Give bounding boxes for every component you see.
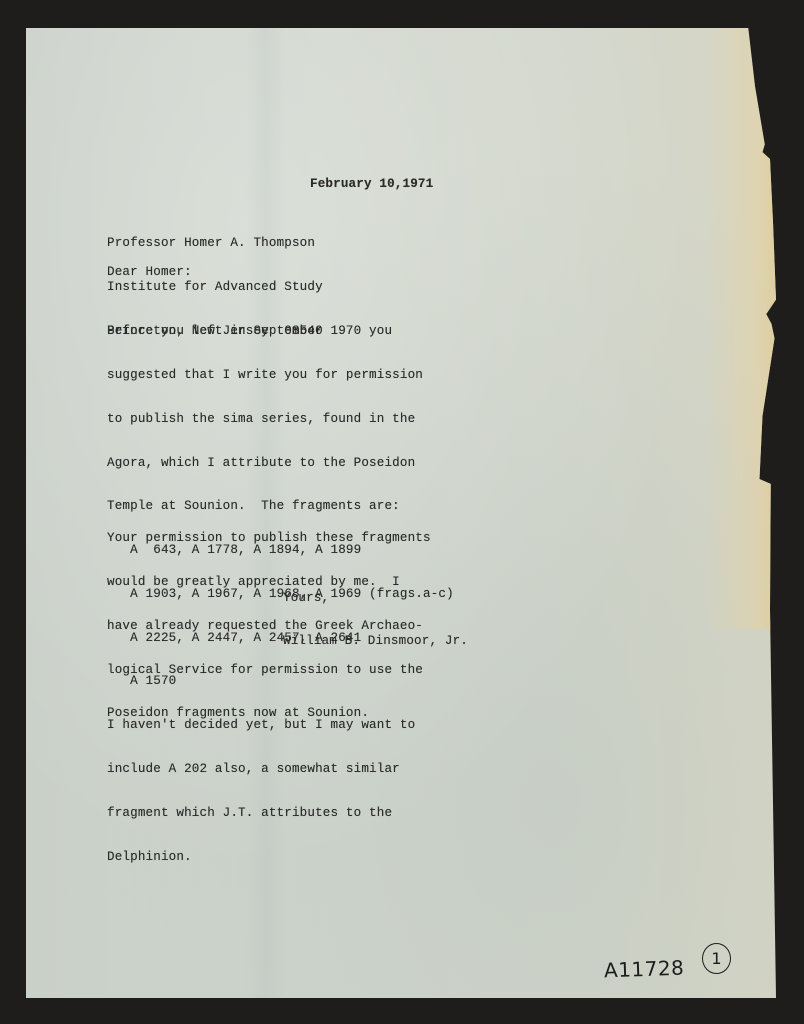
body-line: Delphinion. <box>107 850 454 865</box>
body-line: to publish the sima series, found in the <box>107 412 454 427</box>
scanned-document: February 10,1971 Professor Homer A. Thom… <box>0 0 804 1024</box>
salutation: Dear Homer: <box>107 265 192 280</box>
body-line: logical Service for permission to use th… <box>107 663 431 678</box>
body-line: Agora, which I attribute to the Poseidon <box>107 456 454 471</box>
handwritten-reference-number: A11728 <box>604 956 685 983</box>
letter-date: February 10,1971 <box>310 177 433 192</box>
address-line-name: Professor Homer A. Thompson <box>107 236 323 251</box>
address-line-institution: Institute for Advanced Study <box>107 280 323 295</box>
body-line: fragment which J.T. attributes to the <box>107 806 454 821</box>
body-line: include A 202 also, a somewhat similar <box>107 762 454 777</box>
body-line: Poseidon fragments now at Sounion. <box>107 706 431 721</box>
circled-page-number: 1 <box>702 943 731 974</box>
body-line: Before you left in September 1970 you <box>107 324 454 339</box>
page-number: 1 <box>711 949 721 968</box>
signature: William B. Dinsmoor, Jr. <box>283 634 468 649</box>
body-line: Your permission to publish these fragmen… <box>107 531 431 546</box>
body-paragraph-2: Your permission to publish these fragmen… <box>107 502 431 750</box>
closing: Yours, <box>283 591 329 606</box>
body-line: would be greatly appreciated by me. I <box>107 575 431 590</box>
body-line: suggested that I write you for permissio… <box>107 368 454 383</box>
body-line: have already requested the Greek Archaeo… <box>107 619 431 634</box>
